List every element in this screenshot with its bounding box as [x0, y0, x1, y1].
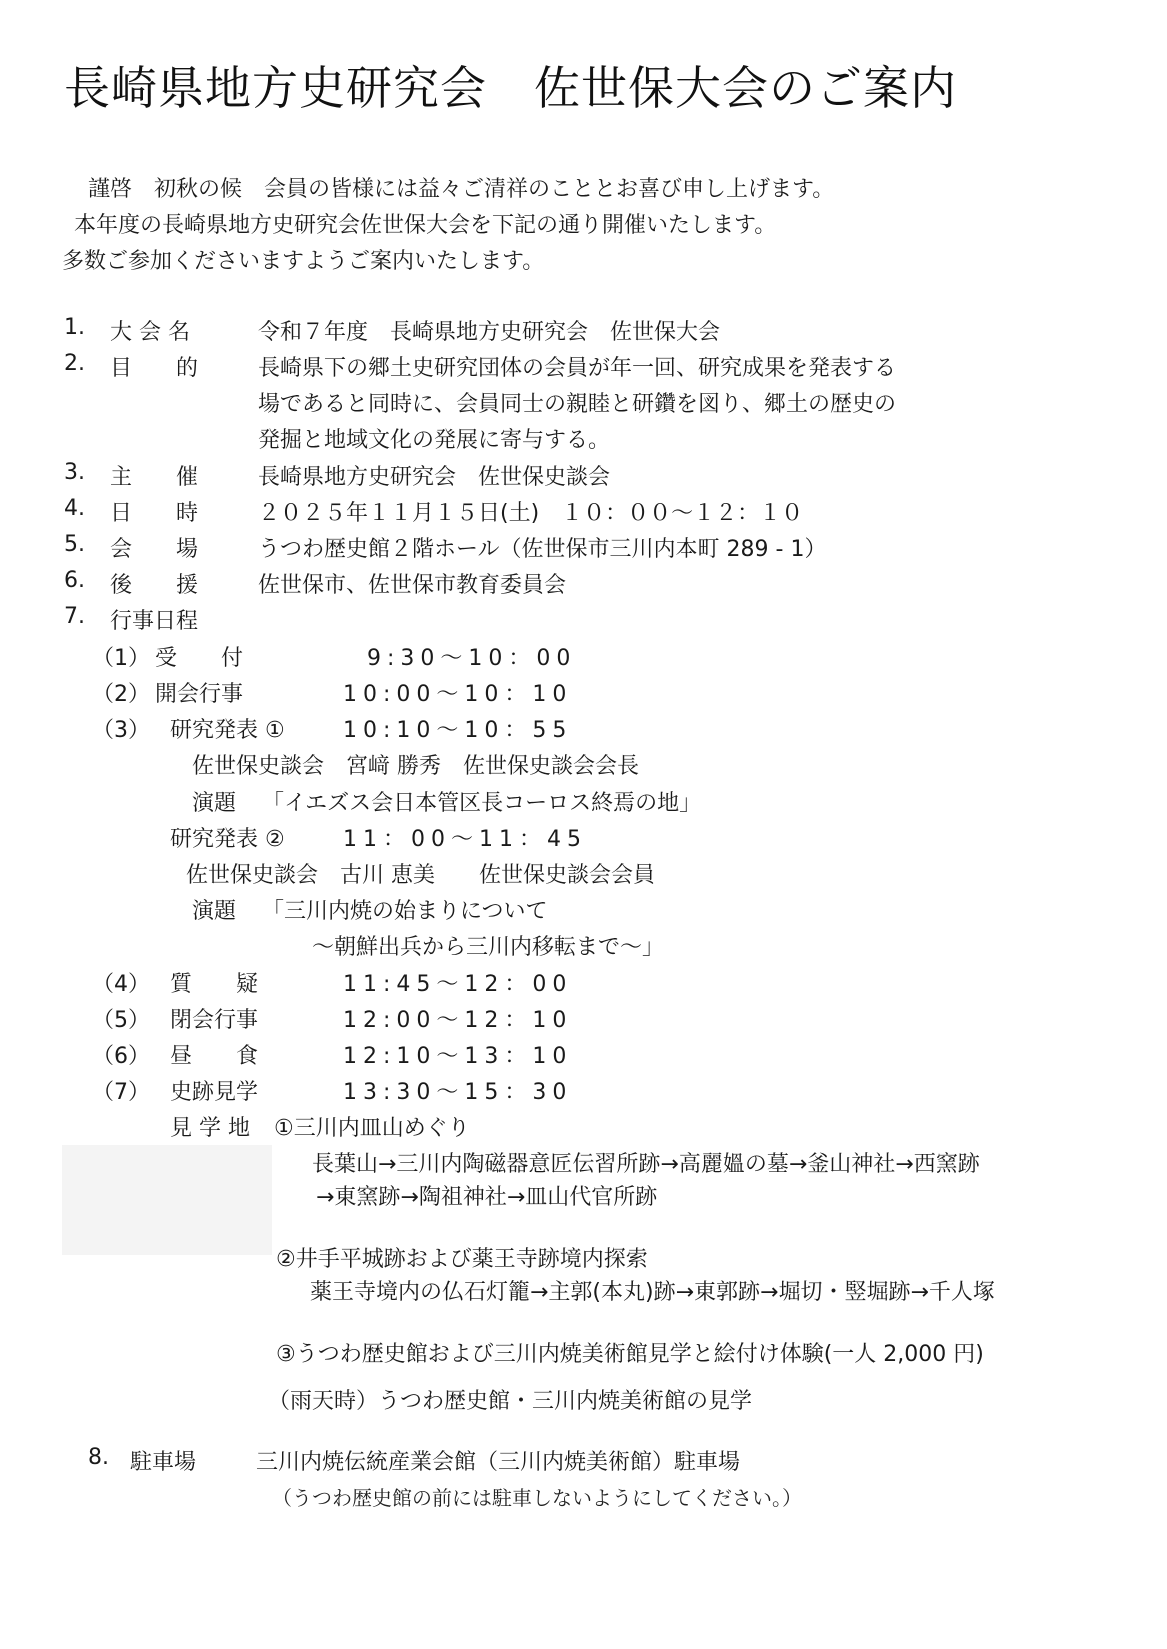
schedule-2-label: 開会行事	[155, 677, 243, 708]
schedule-1-time: 9:30～10：00	[367, 641, 576, 672]
presentation-1-topic-label: 演題	[192, 786, 236, 817]
item-1-num: 1.	[64, 315, 85, 340]
presentation-1-presenter: 佐世保史談会 宮﨑 勝秀 佐世保史談会会長	[192, 749, 639, 780]
schedule-5-num: （5）	[92, 1003, 150, 1034]
schedule-2-time: 10:00～10：10	[343, 677, 572, 708]
schedule-7-time: 13:30～15：30	[343, 1075, 572, 1106]
tour-label: 見 学 地	[170, 1111, 250, 1142]
item-2-value-3: 発掘と地域文化の発展に寄与する。	[258, 423, 610, 454]
scan-shade	[62, 1145, 272, 1255]
schedule-4-label: 質 疑	[170, 967, 258, 998]
greeting-line-1: 謹啓 初秋の候 会員の皆様には益々ご清祥のこととお喜び申し上げます。	[88, 172, 834, 203]
item-3-value: 長崎県地方史研究会 佐世保史談会	[258, 460, 610, 491]
item-5-label: 会 場	[110, 532, 198, 563]
item-6-num: 6.	[64, 568, 85, 593]
greeting-line-3: 多数ご参加くださいますようご案内いたします。	[62, 244, 544, 275]
item-1-value: 令和７年度 長崎県地方史研究会 佐世保大会	[258, 315, 720, 346]
item-2-value-1: 長崎県下の郷土史研究団体の会員が年一回、研究成果を発表する	[258, 351, 896, 382]
item-5-num: 5.	[64, 532, 85, 557]
schedule-7-label: 史跡見学	[170, 1075, 258, 1106]
item-7-label: 行事日程	[110, 604, 198, 635]
schedule-4-time: 11:45～12：00	[343, 967, 572, 998]
tour-course-1-title: ①三川内皿山めぐり	[274, 1111, 470, 1142]
schedule-1-num: （1）	[92, 641, 150, 672]
parking-text: 三川内焼伝統産業会館（三川内焼美術館）駐車場	[256, 1445, 740, 1476]
tour-course-2-route-1: 薬王寺境内の仏石灯籠→主郭(本丸)跡→東郭跡→堀切・竪堀跡→千人塚	[310, 1275, 995, 1306]
item-4-label: 日 時	[110, 496, 198, 527]
page-title: 長崎県地方史研究会 佐世保大会のご案内	[64, 52, 957, 118]
item-2-value-2: 場であると同時に、会員同士の親睦と研鑽を図り、郷土の歴史の	[258, 387, 896, 418]
tour-course-1-route-1: 長葉山→三川内陶磁器意匠伝習所跡→高麗媼の墓→釜山神社→西窯跡	[312, 1147, 980, 1178]
schedule-4-num: （4）	[92, 967, 150, 998]
parking-label: 駐車場	[130, 1445, 196, 1476]
item-2-label: 目 的	[110, 351, 198, 382]
item-7-num: 7.	[64, 604, 85, 629]
schedule-1-label: 受 付	[155, 641, 243, 672]
schedule-7-num: （7）	[92, 1075, 150, 1106]
schedule-3-time: 10:10～10：55	[343, 713, 572, 744]
item-3-num: 3.	[64, 460, 85, 485]
tour-course-3-title: ③うつわ歴史館および三川内焼美術館見学と絵付け体験(一人 2,000 円)	[276, 1337, 984, 1368]
parking-note: （うつわ歴史館の前には駐車しないようにしてください。）	[272, 1482, 802, 1511]
tour-course-2-title: ②井手平城跡および薬王寺跡境内探索	[276, 1242, 648, 1273]
item-2-num: 2.	[64, 351, 85, 376]
schedule-6-time: 12:10～13：10	[343, 1039, 572, 1070]
presentation-2-topic-2: ～朝鮮出兵から三川内移転まで～」	[312, 930, 664, 961]
schedule-5-label: 閉会行事	[170, 1003, 258, 1034]
presentation-2-topic-label: 演題	[192, 894, 236, 925]
parking-num: 8.	[88, 1445, 109, 1470]
tour-course-1-route-2: →東窯跡→陶祖神社→皿山代官所跡	[316, 1180, 657, 1211]
schedule-6-label: 昼 食	[170, 1039, 258, 1070]
schedule-3-label: 研究発表 ①	[170, 713, 285, 744]
schedule-3-num: （3）	[92, 713, 150, 744]
schedule-2-num: （2）	[92, 677, 150, 708]
greeting-line-2: 本年度の長崎県地方史研究会佐世保大会を下記の通り開催いたします。	[74, 208, 776, 239]
schedule-3b-label: 研究発表 ②	[170, 822, 285, 853]
item-1-label: 大 会 名	[110, 315, 190, 346]
item-5-value: うつわ歴史館２階ホール（佐世保市三川内本町 289 - 1）	[258, 532, 826, 563]
presentation-2-presenter: 佐世保史談会 古川 恵美 佐世保史談会会員	[186, 858, 655, 889]
item-6-value: 佐世保市、佐世保市教育委員会	[258, 568, 566, 599]
schedule-5-time: 12:00～12：10	[343, 1003, 572, 1034]
item-4-value: ２０２５年１１月１５日(土) １０：００～１２：１０	[258, 496, 803, 527]
schedule-6-num: （6）	[92, 1039, 150, 1070]
tour-rain-note: （雨天時）うつわ歴史館・三川内焼美術館の見学	[268, 1384, 752, 1415]
item-3-label: 主 催	[110, 460, 198, 491]
presentation-2-topic-1: 「三川内焼の始まりについて	[262, 894, 548, 925]
item-4-num: 4.	[64, 496, 85, 521]
presentation-1-topic: 「イエズス会日本管区長コーロス終焉の地」	[262, 786, 701, 817]
item-6-label: 後 援	[110, 568, 198, 599]
schedule-3b-time: 11：00～11：45	[343, 822, 587, 853]
